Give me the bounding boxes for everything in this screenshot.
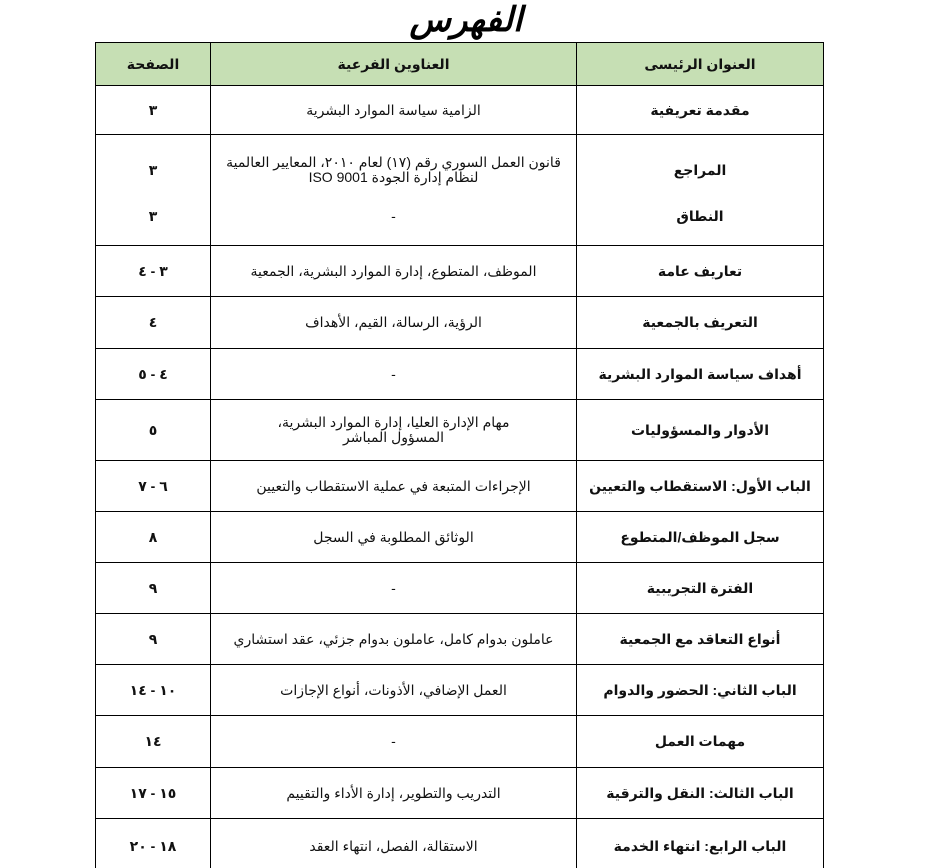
page-cell: ١٥ - ١٧ <box>96 768 211 819</box>
table-row: الباب الثاني: الحضور والدوام العمل الإضا… <box>96 665 824 716</box>
subtitle-cell-merged: قانون العمل السوري رقم (١٧) لعام ٢٠١٠، ا… <box>211 135 577 246</box>
main-title-cell: الباب الأول: الاستقطاب والتعيين <box>577 461 824 512</box>
header-main-title: العنوان الرئيسى <box>577 43 824 86</box>
main-title-cell: الباب الرابع: انتهاء الخدمة <box>577 819 824 868</box>
subtitle-cell: الزامية سياسة الموارد البشرية <box>211 86 577 135</box>
table-header-row: العنوان الرئيسى العناوين الفرعية الصفحة <box>96 43 824 86</box>
page-cell: ٨ <box>96 512 211 563</box>
subtitle-cell: التدريب والتطوير، إدارة الأداء والتقييم <box>211 768 577 819</box>
table-row: الباب الرابع: انتهاء الخدمة الاستقالة، ا… <box>96 819 824 868</box>
subtitle-cell: - <box>211 349 577 400</box>
header-page: الصفحة <box>96 43 211 86</box>
table-row: التعريف بالجمعية الرؤية، الرسالة، القيم،… <box>96 297 824 349</box>
table-of-contents: العنوان الرئيسى العناوين الفرعية الصفحة … <box>95 42 824 868</box>
subtitle-cell: عاملون بدوام كامل، عاملون بدوام جزئي، عق… <box>211 614 577 665</box>
table-row: أنواع التعاقد مع الجمعية عاملون بدوام كا… <box>96 614 824 665</box>
table-row: الفترة التجريبية - ٩ <box>96 563 824 614</box>
main-title-references: المراجع <box>583 135 817 193</box>
subtitle-cell: الاستقالة، الفصل، انتهاء العقد <box>211 819 577 868</box>
main-title-cell-merged: المراجع النطاق <box>577 135 824 246</box>
main-title-cell: أنواع التعاقد مع الجمعية <box>577 614 824 665</box>
table-row: مقدمة تعريفية الزامية سياسة الموارد البش… <box>96 86 824 135</box>
main-title-cell: مقدمة تعريفية <box>577 86 824 135</box>
table-row: الباب الثالث: النقل والترقية التدريب وال… <box>96 768 824 819</box>
subtitle-cell: الوثائق المطلوبة في السجل <box>211 512 577 563</box>
page-cell: ٤ - ٥ <box>96 349 211 400</box>
subtitle-cell: العمل الإضافي، الأذونات، أنواع الإجازات <box>211 665 577 716</box>
page-cell: ٣ <box>96 86 211 135</box>
main-title-cell: أهداف سياسة الموارد البشرية <box>577 349 824 400</box>
subtitle-cell: - <box>211 716 577 768</box>
subtitle-scope: - <box>217 193 570 245</box>
subtitle-cell: الرؤية، الرسالة، القيم، الأهداف <box>211 297 577 349</box>
subtitle-cell: - <box>211 563 577 614</box>
main-title-cell: مهمات العمل <box>577 716 824 768</box>
main-title-cell: الباب الثاني: الحضور والدوام <box>577 665 824 716</box>
main-title-cell: الفترة التجريبية <box>577 563 824 614</box>
main-title-scope: النطاق <box>583 193 817 245</box>
table-row: أهداف سياسة الموارد البشرية - ٤ - ٥ <box>96 349 824 400</box>
page-scope: ٣ <box>102 193 204 245</box>
subtitle-references: قانون العمل السوري رقم (١٧) لعام ٢٠١٠، ا… <box>217 135 570 193</box>
page-cell: ٤ <box>96 297 211 349</box>
page-cell: ١٨ - ٢٠ <box>96 819 211 868</box>
subtitle-cell: مهام الإدارة العليا، إدارة الموارد البشر… <box>211 400 577 461</box>
main-title-cell: الباب الثالث: النقل والترقية <box>577 768 824 819</box>
page-cell: ٣ - ٤ <box>96 246 211 297</box>
document-title: الفهرس <box>0 0 932 42</box>
main-title-cell: التعريف بالجمعية <box>577 297 824 349</box>
header-subtitles: العناوين الفرعية <box>211 43 577 86</box>
page-references: ٣ <box>102 135 204 193</box>
main-title-cell: الأدوار والمسؤوليات <box>577 400 824 461</box>
table-row: سجل الموظف/المتطوع الوثائق المطلوبة في ا… <box>96 512 824 563</box>
table-row: الباب الأول: الاستقطاب والتعيين الإجراءا… <box>96 461 824 512</box>
page-cell-merged: ٣ ٣ <box>96 135 211 246</box>
page-cell: ١٠ - ١٤ <box>96 665 211 716</box>
main-title-cell: تعاريف عامة <box>577 246 824 297</box>
subtitle-cell: الإجراءات المتبعة في عملية الاستقطاب وال… <box>211 461 577 512</box>
main-title-cell: سجل الموظف/المتطوع <box>577 512 824 563</box>
subtitle-cell: الموظف، المتطوع، إدارة الموارد البشرية، … <box>211 246 577 297</box>
table-row: الأدوار والمسؤوليات مهام الإدارة العليا،… <box>96 400 824 461</box>
table-row-merged: المراجع النطاق قانون العمل السوري رقم (١… <box>96 135 824 246</box>
page-cell: ٥ <box>96 400 211 461</box>
table-row: مهمات العمل - ١٤ <box>96 716 824 768</box>
page-cell: ١٤ <box>96 716 211 768</box>
page-cell: ٩ <box>96 563 211 614</box>
page-cell: ٦ - ٧ <box>96 461 211 512</box>
table-row: تعاريف عامة الموظف، المتطوع، إدارة الموا… <box>96 246 824 297</box>
page-cell: ٩ <box>96 614 211 665</box>
